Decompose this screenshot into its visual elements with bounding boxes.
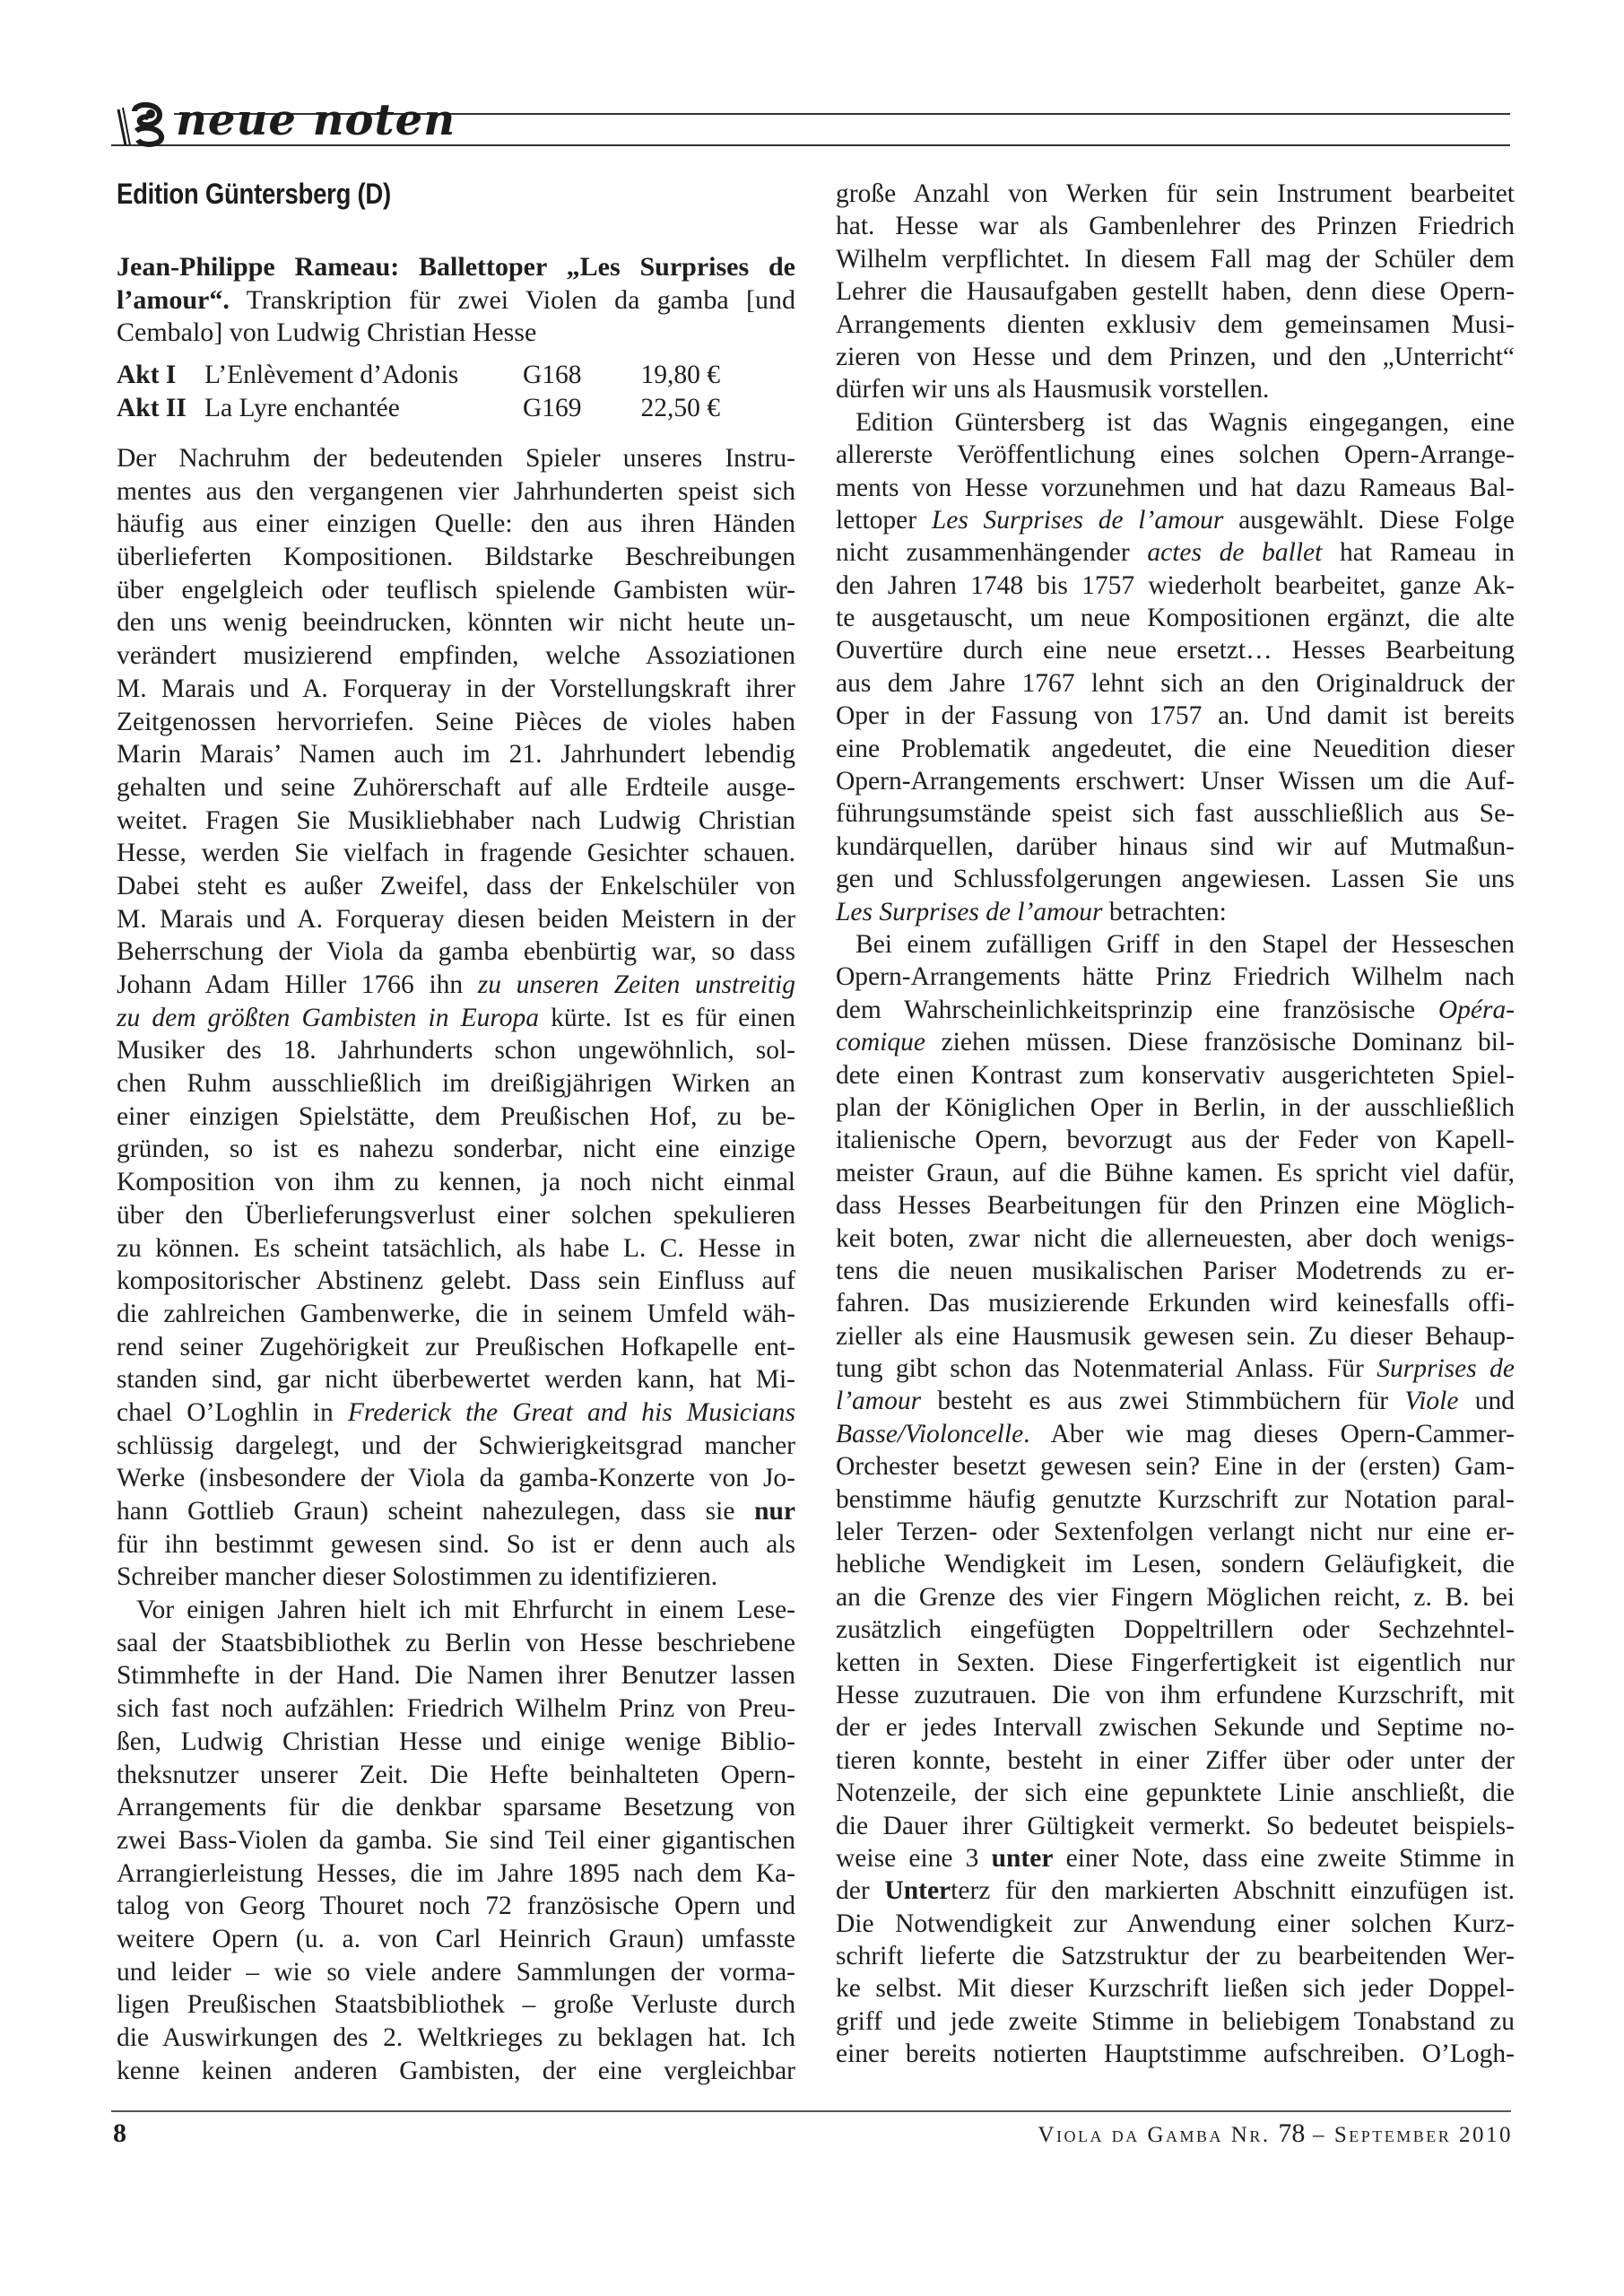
text-line: saal der Staatsbibliothek zu Berlin von …	[117, 1627, 795, 1660]
text-line: kenne keinen anderen Gambisten, der eine…	[117, 2055, 795, 2088]
text-line: Les Surprises de l’amour betrachten:	[836, 896, 1515, 928]
text-line: dete einen Kontrast zum konservativ ausg…	[836, 1059, 1515, 1091]
text-line: ligen Preußischen Staatsbibliothek – gro…	[117, 1988, 795, 2022]
text-line: hat. Hesse war als Gambenlehrer des Prin…	[836, 210, 1515, 242]
journal-name: Viola da Gamba Nr.	[1038, 2123, 1270, 2147]
text-line: Notenzeile, der sich eine gepunktete Lin…	[836, 1777, 1515, 1809]
text-line: zieren von Hesse und dem Prinzen, und de…	[836, 341, 1515, 373]
text-line: Opern-Arrangements hätte Prinz Friedrich…	[836, 961, 1515, 993]
text-line: Arrangierleistung Hesses, die im Jahre 1…	[117, 1857, 795, 1891]
issue-date: – September 2010	[1313, 2123, 1513, 2147]
italic-opera-title: Les Surprises de l’amour	[932, 506, 1224, 535]
text-line: chen Ruhm ausschließlich im dreißigjähri…	[117, 1067, 795, 1100]
text-line: einer bereits notierten Hauptstimme aufs…	[836, 2038, 1515, 2070]
text-line: tieren konnte, besteht in einer Ziffer ü…	[836, 1744, 1515, 1777]
italic-term: comique	[836, 1028, 925, 1057]
text-line: Dabei steht es außer Zweifel, dass der E…	[117, 870, 795, 903]
italic-term: Basse/Violoncelle	[836, 1420, 1023, 1448]
text-line: zu dem größten Gambisten in Europa kürte…	[117, 1002, 795, 1035]
text-line: M. Marais und A. Forqueray in der Vorste…	[117, 673, 795, 706]
text-line: Lehrer die Hausaufgaben gestellt haben, …	[836, 275, 1515, 308]
publisher-heading: Edition Güntersberg (D)	[117, 178, 391, 211]
right-column-body: große Anzahl von Werken für sein Instrum…	[836, 178, 1515, 2071]
text-line: Arrangements dienten exklusiv dem gemein…	[836, 309, 1515, 341]
text-line: ments von Hesse vorzunehmen und hat dazu…	[836, 472, 1515, 504]
text-line: Bei einem zufälligen Griff in den Stapel…	[836, 928, 1515, 961]
section-header: neue noten	[111, 97, 1510, 151]
text-line: keit boten, zwar nicht die allerneuesten…	[836, 1222, 1515, 1255]
text-line: aus dem Jahre 1767 lehnt sich an den Ori…	[836, 667, 1515, 700]
bold-emphasis: unter	[992, 1844, 1054, 1873]
text-line: weise eine 3 unter einer Note, dass eine…	[836, 1842, 1515, 1874]
bold-emphasis: Unter	[884, 1876, 951, 1905]
issue-number: 78	[1278, 2118, 1305, 2148]
text-line: Musiker des 18. Jahrhunderts schon ungew…	[117, 1034, 795, 1067]
text-line: den Jahren 1748 bis 1757 wiederholt bear…	[836, 570, 1515, 602]
text-line: Oper in der Fassung von 1757 an. Und dam…	[836, 700, 1515, 732]
text-line: zwei Bass-Violen da gamba. Sie sind Teil…	[117, 1824, 795, 1857]
text-line: Arrangements für die denkbar sparsame Be…	[117, 1791, 795, 1824]
act-price: 19,80 €	[612, 359, 720, 392]
act-label: Akt I	[117, 359, 204, 392]
text-line: Ouvertüre durch eine neue ersetzt… Hesse…	[836, 634, 1515, 666]
text-line: führungsumstände speist sich fast aussch…	[836, 797, 1515, 830]
text-line: Basse/Violoncelle. Aber wie mag dieses O…	[836, 1418, 1515, 1450]
text-line: Zeitgenossen hervorriefen. Seine Pièces …	[117, 706, 795, 739]
italic-opera-title: Surprises de	[1376, 1354, 1515, 1383]
text-line: nicht zusammenhängender actes de ballet …	[836, 536, 1515, 569]
act-name: L’Enlèvement d’Adonis	[204, 359, 523, 392]
text-line: häufig aus einer einzigen Quelle: den au…	[117, 508, 795, 541]
text-line: Komposition von ihm zu kennen, ja noch n…	[117, 1166, 795, 1199]
text-line: gehalten und seine Zuhörerschaft auf all…	[117, 771, 795, 804]
text-line: große Anzahl von Werken für sein Instrum…	[836, 178, 1515, 210]
text-line: Schreiber mancher dieser Solostimmen zu …	[117, 1561, 795, 1594]
text-line: comique ziehen müssen. Diese französisch…	[836, 1026, 1515, 1058]
text-line: theksnutzer unserer Zeit. Die Hefte bein…	[117, 1759, 795, 1792]
text-line: Edition Güntersberg ist das Wagnis einge…	[836, 406, 1515, 439]
item-title: Jean-Philippe Rameau: Ballettoper „Les S…	[117, 251, 795, 350]
text-line: plan der Königlichen Oper in Berlin, in …	[836, 1091, 1515, 1124]
text-line: mentes aus den vergangenen vier Jahrhund…	[117, 475, 795, 509]
text-line: an die Grenze des vier Fingern Möglichen…	[836, 1581, 1515, 1613]
text-line: Wilhelm verpflichtet. In diesem Fall mag…	[836, 243, 1515, 275]
text-line: und leider – wie so viele andere Sammlun…	[117, 1956, 795, 1989]
italic-quote: zu unseren Zeiten unstreitig	[478, 970, 795, 999]
text-line: ketten in Sexten. Diese Fingerfertigkeit…	[836, 1647, 1515, 1679]
act-label: Akt II	[117, 392, 204, 425]
text-line: die Dauer ihrer Gültigkeit vermerkt. So …	[836, 1810, 1515, 1842]
text-line: weitere Opern (u. a. von Carl Heinrich G…	[117, 1923, 795, 1956]
text-line: einer einzigen Spielstätte, dem Preußisc…	[117, 1100, 795, 1134]
text-line: schlüssig dargelegt, und der Schwierigke…	[117, 1430, 795, 1463]
left-column-body: Der Nachruhm der bedeutenden Spieler uns…	[117, 442, 795, 2087]
act-name: La Lyre enchantée	[204, 392, 523, 425]
text-line: l’amour besteht es aus zwei Stimmbüchern…	[836, 1385, 1515, 1417]
text-line: standen sind, gar nicht überbewertet wer…	[117, 1363, 795, 1396]
text-line: die Auswirkungen des 2. Weltkrieges zu b…	[117, 2022, 795, 2055]
text-line: kundärquellen, darüber hinaus sind wir a…	[836, 831, 1515, 863]
text-line: dürfen wir uns als Hausmusik vorstellen.	[836, 373, 1515, 405]
italic-opera-title: Les Surprises de l’amour	[836, 898, 1102, 926]
text-line: rend seiner Zugehörigkeit zur Preußische…	[117, 1331, 795, 1364]
text-line: Hesse, werden Sie vielfach in fragende G…	[117, 837, 795, 870]
text-line: benstimme häufig genutzte Kurzschrift zu…	[836, 1483, 1515, 1516]
text-line: überlieferten Kompositionen. Bildstarke …	[117, 541, 795, 574]
text-line: Vor einigen Jahren hielt ich mit Ehrfurc…	[117, 1594, 795, 1627]
text-line: tung gibt schon das Notenmaterial Anlass…	[836, 1352, 1515, 1385]
text-line: Stimmhefte in der Hand. Die Namen ihrer …	[117, 1659, 795, 1692]
text-line: ke selbst. Mit dieser Kurzschrift ließen…	[836, 1972, 1515, 2005]
italic-opera-title: l’amour	[836, 1387, 921, 1415]
text-line: der Unterterz für den markierten Abschni…	[836, 1874, 1515, 1907]
footer-rule	[111, 2110, 1511, 2112]
text-line: zu können. Es scheint tatsächlich, als h…	[117, 1232, 795, 1265]
text-line: allererste Veröffentlichung eines solche…	[836, 439, 1515, 471]
text-line: te ausgetauscht, um neue Kompositionen e…	[836, 602, 1515, 634]
text-line: Orchester besetzt gewesen sein? Eine in …	[836, 1450, 1515, 1483]
text-line: die zahlreichen Gambenwerke, die in sein…	[117, 1298, 795, 1331]
text-line: Die Notwendigkeit zur Anwendung einer so…	[836, 1908, 1515, 1940]
text-line: chael O’Loghlin in Frederick the Great a…	[117, 1396, 795, 1430]
text-line: gründen, so ist es nahezu sonderbar, nic…	[117, 1133, 795, 1166]
section-title: neue noten	[176, 95, 456, 145]
text-line: ßen, Ludwig Christian Hesse und einige w…	[117, 1726, 795, 1759]
text-line: kompositorischer Abstinenz gelebt. Dass …	[117, 1265, 795, 1298]
text-line: eine Problematik angedeutet, die eine Ne…	[836, 733, 1515, 765]
page-number: 8	[113, 2118, 126, 2149]
text-line: schrift lieferte die Satzstruktur der zu…	[836, 1940, 1515, 1972]
item-title-bold: Jean-Philippe Rameau: Ballettoper „Les S…	[117, 252, 795, 282]
act-row: Akt II La Lyre enchantée G169 22,50 €	[117, 392, 795, 425]
text-line: der er jedes Intervall zwischen Sekunde …	[836, 1711, 1515, 1744]
italic-quote: zu dem größten Gambisten in Europa	[117, 1004, 539, 1032]
text-line: den uns wenig beeindrucken, könnten wir …	[117, 606, 795, 639]
text-line: Beherrschung der Viola da gamba ebenbürt…	[117, 935, 795, 969]
text-line: leler Terzen- oder Sextenfolgen verlangt…	[836, 1516, 1515, 1548]
text-line: zusätzlich eingefügten Doppeltrillern od…	[836, 1613, 1515, 1646]
text-line: Opern-Arrangements erschwert: Unser Wiss…	[836, 765, 1515, 797]
italic-term: Opéra-	[1438, 996, 1515, 1024]
act-code: G169	[523, 392, 612, 425]
act-row: Akt I L’Enlèvement d’Adonis G168 19,80 €	[117, 359, 795, 392]
text-line: für ihn bestimmt gewesen sind. So ist er…	[117, 1528, 795, 1561]
text-line: Der Nachruhm der bedeutenden Spieler uns…	[117, 442, 795, 475]
text-line: verändert musizierend empfinden, welche …	[117, 639, 795, 673]
text-line: Marin Marais’ Namen auch im 21. Jahrhund…	[117, 738, 795, 771]
text-line: hebliche Wendigkeit im Lesen, sondern Ge…	[836, 1548, 1515, 1580]
italic-book-title: Frederick the Great and his Musicians	[348, 1398, 795, 1427]
text-line: über engelgleich oder teuflisch spielend…	[117, 574, 795, 607]
text-line: sich fast noch aufzählen: Friedrich Wilh…	[117, 1692, 795, 1726]
text-line: gen und Schlussfolgerungen angewiesen. L…	[836, 863, 1515, 895]
bold-emphasis: nur	[754, 1497, 795, 1526]
text-line: tens die neuen musikalischen Pariser Mod…	[836, 1255, 1515, 1287]
text-line: zieller als eine Hausmusik gewesen sein.…	[836, 1320, 1515, 1352]
text-line: M. Marais und A. Forqueray diesen beiden…	[117, 903, 795, 936]
text-line: Hesse zuzutrauen. Die von ihm erfundene …	[836, 1679, 1515, 1711]
music-clef-logo-icon	[115, 100, 169, 147]
italic-term: Viole	[1404, 1387, 1458, 1415]
text-line: meister Graun, auf die Bühne kamen. Es s…	[836, 1157, 1515, 1189]
text-line: talog von Georg Thouret noch 72 französi…	[117, 1890, 795, 1923]
text-line: weitet. Fragen Sie Musikliebhaber nach L…	[117, 804, 795, 838]
text-line: fahren. Das musizierende Erkunden wird k…	[836, 1287, 1515, 1319]
text-line: italienische Opern, bevorzugt aus der Fe…	[836, 1124, 1515, 1156]
act-code: G168	[523, 359, 612, 392]
acts-table: Akt I L’Enlèvement d’Adonis G168 19,80 €…	[117, 359, 795, 424]
text-line: Werke (insbesondere der Viola da gamba-K…	[117, 1462, 795, 1495]
text-line: griff und jede zweite Stimme in beliebig…	[836, 2005, 1515, 2038]
text-line: lettoper Les Surprises de l’amour ausgew…	[836, 504, 1515, 536]
text-line: Johann Adam Hiller 1766 ihn zu unseren Z…	[117, 969, 795, 1002]
text-line: hann Gottlieb Graun) scheint nahezulegen…	[117, 1495, 795, 1528]
italic-term: actes de ballet	[1147, 538, 1322, 567]
text-line: über den Überlieferungsverlust einer sol…	[117, 1199, 795, 1232]
text-line: dem Wahrscheinlichkeitsprinzip eine fran…	[836, 994, 1515, 1026]
act-price: 22,50 €	[612, 392, 720, 425]
journal-issue: Viola da Gamba Nr. 78 – September 2010	[1038, 2118, 1513, 2149]
text-line: dass Hesses Bearbeitungen für den Prinze…	[836, 1189, 1515, 1222]
